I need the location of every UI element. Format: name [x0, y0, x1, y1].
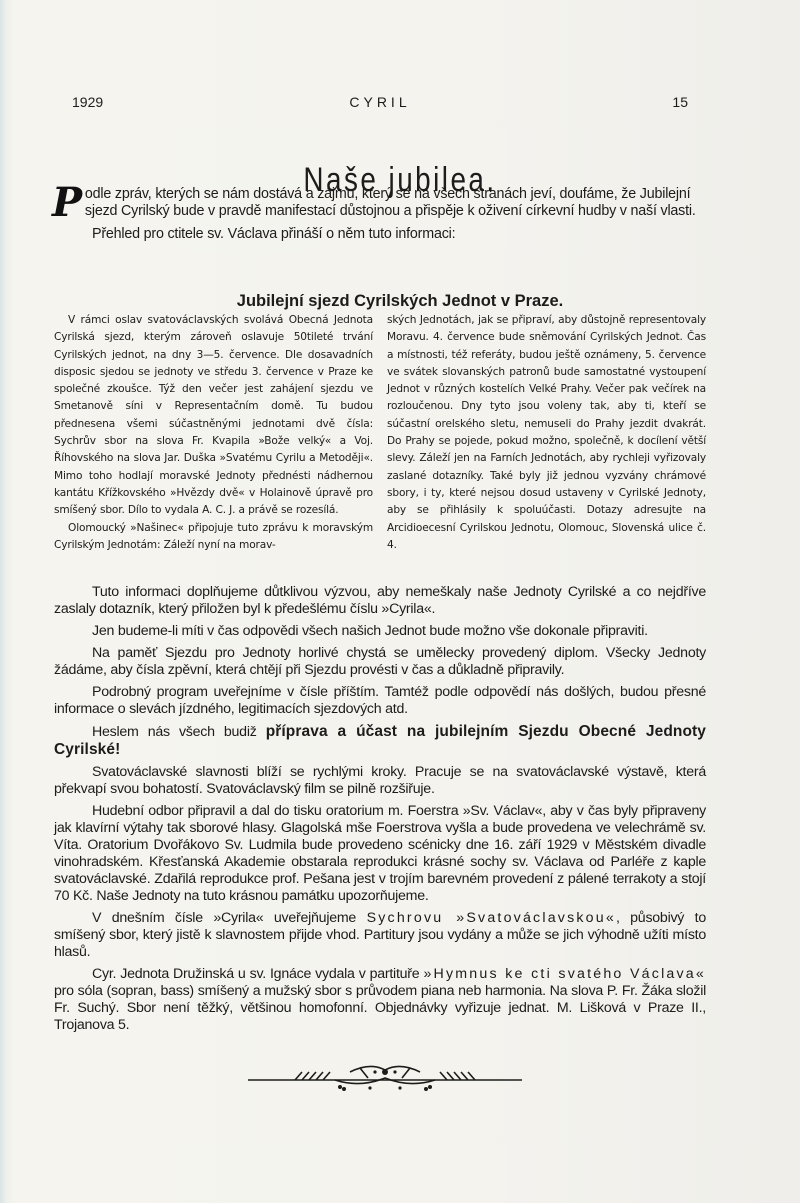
body-paragraph: Podrobný program uveřejníme v čísle příš… — [54, 684, 706, 718]
spaced-title: Sychrovu »Svatováclavskou« — [367, 910, 616, 926]
body-paragraph: Hudební odbor připravil a dal do tisku o… — [54, 803, 706, 905]
intro-paragraph-2: Přehled pro ctitele sv. Václava přináší … — [54, 226, 704, 243]
page-number: 15 — [672, 94, 688, 110]
drop-cap: P — [52, 186, 82, 220]
body-paragraph: Na paměť Sjezdu pro Jednoty horlivé chys… — [54, 645, 706, 679]
running-header: 1929 CYRIL 15 — [72, 94, 688, 114]
spaced-title: »Hymnus ke cti svatého Václava« — [423, 966, 706, 982]
column-paragraph: V rámci oslav svatováclavských svolává O… — [54, 312, 373, 520]
article-intro: Podle zpráv, kterých se nám dostává a zá… — [54, 186, 704, 243]
column-paragraph: Olomoucký »Našinec« připojuje tuto zpráv… — [54, 520, 373, 555]
body-paragraph: V dnešním čísle »Cyrila« uveřejňujeme Sy… — [54, 910, 706, 961]
right-column: ských Jednotách, jak se připraví, aby dů… — [387, 312, 706, 554]
two-column-section: V rámci oslav svatováclavských svolává O… — [54, 312, 706, 554]
article-body: Tuto informaci doplňujeme důtklivou výzv… — [54, 584, 706, 1039]
column-paragraph: ských Jednotách, jak se připraví, aby dů… — [387, 312, 706, 554]
left-column: V rámci oslav svatováclavských svolává O… — [54, 312, 373, 554]
header-journal-title: CYRIL — [72, 94, 688, 110]
body-paragraph: Cyr. Jednota Družinská u sv. Ignáce vyda… — [54, 966, 706, 1034]
section-heading: Jubilejní sjezd Cyrilských Jednot v Praz… — [0, 292, 800, 311]
body-paragraph: Svatováclavské slavnosti blíží se rychlý… — [54, 764, 706, 798]
body-paragraph-motto: Heslem nás všech budiž příprava a účast … — [54, 723, 706, 759]
intro-paragraph-1: Podle zpráv, kterých se nám dostává a zá… — [54, 186, 704, 220]
floral-divider-icon — [240, 1060, 530, 1096]
body-paragraph: Jen budeme-li míti v čas odpovědi všech … — [54, 623, 706, 640]
magazine-page: 1929 CYRIL 15 Naše jubilea. Podle zpráv,… — [0, 0, 800, 1203]
body-paragraph: Tuto informaci doplňujeme důtklivou výzv… — [54, 584, 706, 618]
